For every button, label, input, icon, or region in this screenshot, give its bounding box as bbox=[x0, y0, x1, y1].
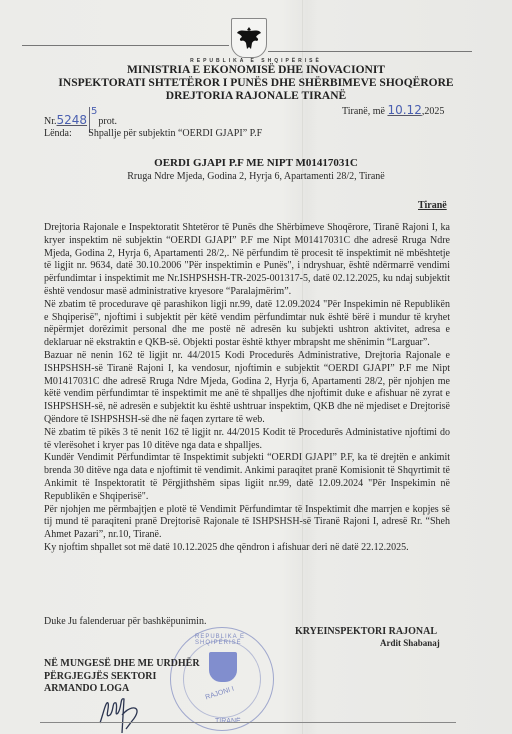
deputy-line-1: NË MUNGESË DHE ME URDHËR bbox=[44, 658, 200, 671]
footer-rule bbox=[40, 722, 456, 723]
paragraph: Kundër Vendimit Përfundimtar të Inspekti… bbox=[44, 452, 450, 503]
handwritten-signature-icon bbox=[92, 693, 172, 733]
protocol-suffix: prot. bbox=[98, 116, 117, 127]
protocol-sub-number: 5 bbox=[91, 106, 97, 117]
document-page: REPUBLIKA E SHQIPËRISË MINISTRIA E EKONO… bbox=[0, 0, 512, 734]
paragraph: Për njohjen me përmbajtjen e plotë të Ve… bbox=[44, 504, 450, 542]
paragraph: Drejtoria Rajonale e Inspektoratit Shtet… bbox=[44, 222, 450, 299]
deputy-line-2: PËRGJEGJËS SEKTORI bbox=[44, 671, 200, 684]
signer-name: Ardit Shabanaj bbox=[380, 638, 440, 648]
paragraph: Në zbatim të pikës 3 të nenit 162 të lig… bbox=[44, 427, 450, 453]
subject-line: Lënda: Shpallje për subjektin “OERDI GJA… bbox=[44, 128, 262, 139]
protocol-handwritten-number: 5248 bbox=[57, 113, 88, 127]
city-heading: Tiranë bbox=[418, 200, 447, 211]
stamp-emblem-icon bbox=[209, 652, 237, 682]
header-rule-left bbox=[22, 45, 229, 46]
closing-line: Duke Ju falenderuar për bashkëpunimin. bbox=[44, 616, 206, 627]
subject-label: Lënda: bbox=[44, 128, 72, 139]
place-date-prefix: Tiranë, më bbox=[342, 106, 385, 117]
stamp-top-text: REPUBLIKA E SHQIPËRISË bbox=[195, 634, 273, 646]
protocol-number: Nr. 5248 5 prot. bbox=[44, 101, 117, 127]
document-body: Drejtoria Rajonale e Inspektoratit Shtet… bbox=[44, 222, 450, 555]
header-rule-right bbox=[268, 51, 472, 52]
inspectorate-name: INSPEKTORATI SHTETËROR I PUNËS DHE SHËRB… bbox=[0, 77, 512, 89]
ministry-name: MINISTRIA E EKONOMISË DHE INOVACIONIT bbox=[0, 64, 512, 76]
protocol-prefix: Nr. bbox=[44, 116, 57, 127]
paragraph: Në zbatim të procedurave që parashikon l… bbox=[44, 299, 450, 350]
signer-title: KRYEINSPEKTORI RAJONAL bbox=[295, 626, 437, 637]
place-date: Tiranë, më 10.12,2025 bbox=[342, 103, 444, 117]
deputy-signature-block: NË MUNGESË DHE ME URDHËR PËRGJEGJËS SEKT… bbox=[44, 658, 200, 696]
entity-address: Rruga Ndre Mjeda, Godina 2, Hyrja 6, Apa… bbox=[0, 171, 512, 182]
handwritten-date: 10.12 bbox=[387, 103, 421, 117]
albanian-eagle-emblem-icon bbox=[231, 18, 267, 58]
paragraph: Ky njoftim shpallet sot më datë 10.12.20… bbox=[44, 542, 450, 555]
subject-text: Shpallje për subjektin “OERDI GJAPI” P.F bbox=[88, 128, 262, 139]
entity-title: OERDI GJAPI P.F ME NIPT M01417031C bbox=[0, 157, 512, 169]
paragraph: Bazuar në nenin 162 të ligjit nr. 44/201… bbox=[44, 350, 450, 427]
date-year: ,2025 bbox=[422, 106, 445, 117]
